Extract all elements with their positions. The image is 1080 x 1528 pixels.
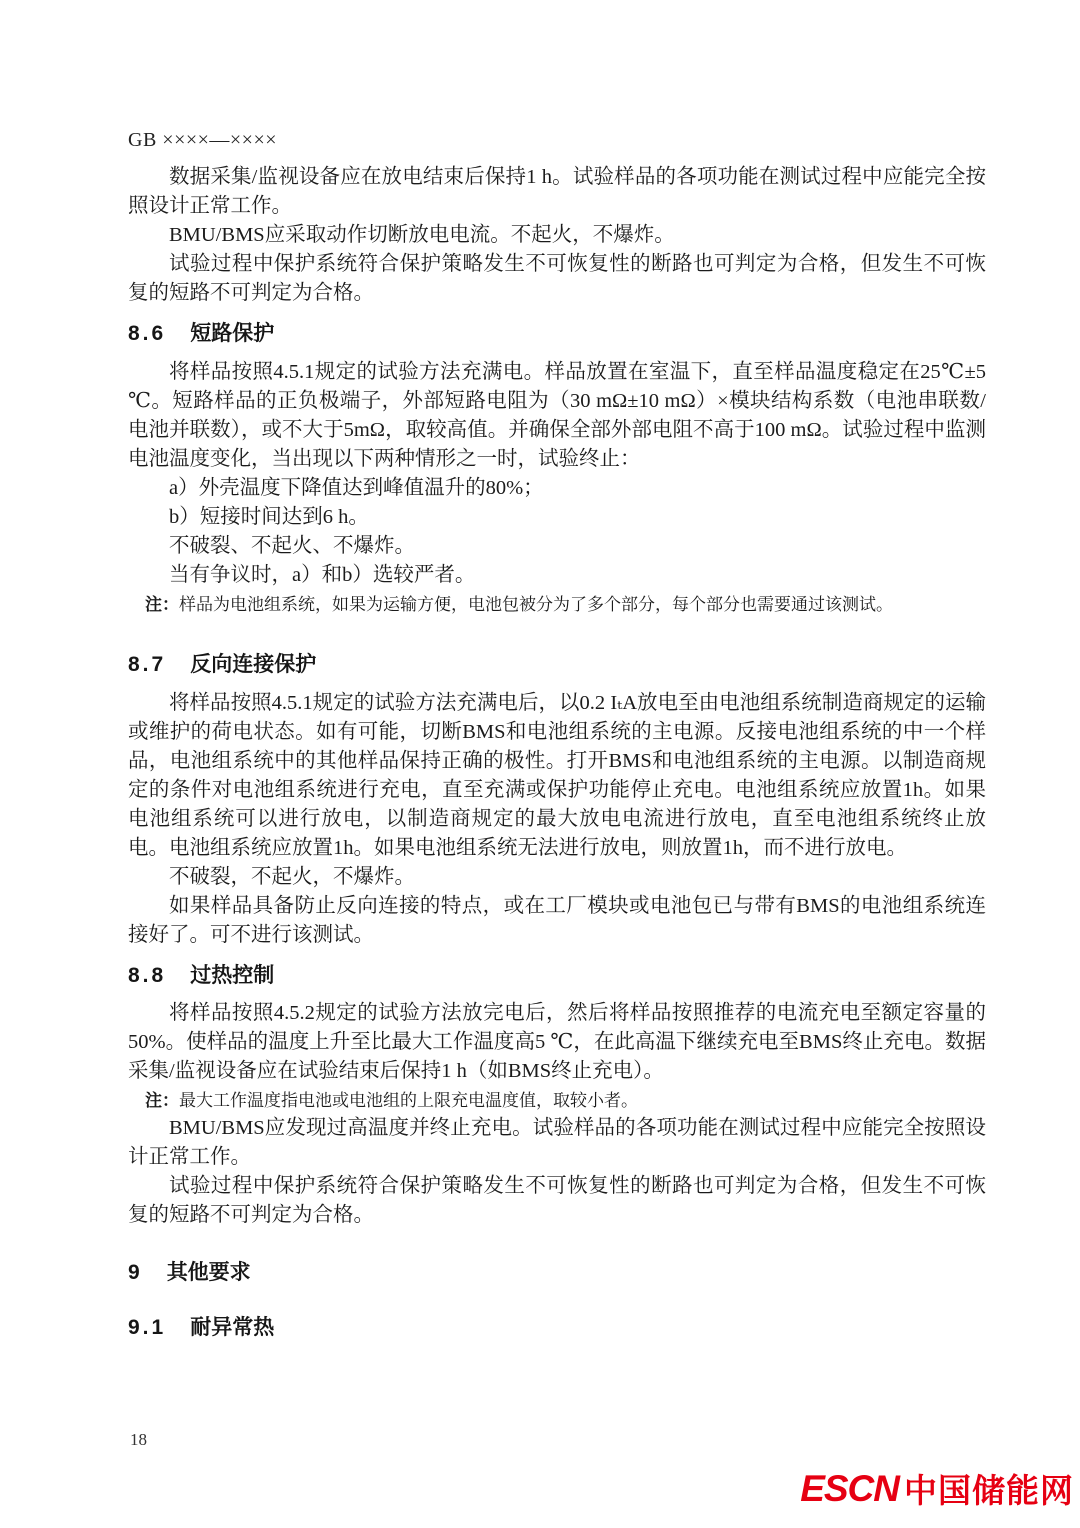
note-label: 注：: [145, 1091, 179, 1110]
escn-logo: ESCN中国储能网: [800, 1465, 1074, 1512]
section-8-8-paragraph-1: 将样品按照4.5.2规定的试验方法放完电后，然后将样品按照推荐的电流充电至额定容…: [128, 999, 986, 1086]
section-title: 反向连接保护: [190, 652, 316, 678]
section-8-6-item-a: a）外壳温度下降值达到峰值温升的80%；: [128, 474, 986, 503]
section-title: 其他要求: [167, 1260, 251, 1286]
section-number: 8.7: [128, 652, 166, 678]
intro-paragraph-2: BMU/BMS应采取动作切断放电电流。不起火，不爆炸。: [128, 221, 986, 250]
logo-text-zh: 中国储能网: [904, 1465, 1074, 1512]
section-heading-8-6: 8.6 短路保护: [128, 321, 986, 347]
section-title: 耐异常热: [190, 1315, 274, 1341]
section-8-7-paragraph-2: 不破裂，不起火，不爆炸。: [128, 863, 986, 892]
section-8-6-paragraph-3: 当有争议时，a）和b）选较严者。: [128, 561, 986, 590]
section-heading-8-8: 8.8 过热控制: [128, 963, 986, 989]
section-heading-9-1: 9.1 耐异常热: [128, 1315, 986, 1341]
note-text: 最大工作温度指电池或电池组的上限充电温度值，取较小者。: [179, 1091, 638, 1110]
page-number: 18: [130, 1430, 147, 1450]
intro-paragraph-1: 数据采集/监视设备应在放电结束后保持1 h。试验样品的各项功能在测试过程中应能完…: [128, 163, 986, 221]
section-title: 过热控制: [190, 963, 274, 989]
section-8-6-paragraph-2: 不破裂、不起火、不爆炸。: [128, 532, 986, 561]
section-number: 9: [128, 1260, 143, 1286]
section-title: 短路保护: [190, 321, 274, 347]
note-text: 样品为电池组系统，如果为运输方便，电池包被分为了多个部分，每个部分也需要通过该测…: [179, 595, 893, 614]
document-page: { "header": { "doc_number": "GB ××××—×××…: [0, 0, 1080, 1528]
section-number: 8.6: [128, 321, 166, 347]
logo-text-en: ESCN: [800, 1468, 899, 1510]
section-heading-9: 9 其他要求: [128, 1260, 986, 1286]
intro-paragraph-3: 试验过程中保护系统符合保护策略发生不可恢复性的断路也可判定为合格，但发生不可恢复…: [128, 250, 986, 308]
section-number: 8.8: [128, 963, 166, 989]
section-8-6-paragraph-1: 将样品按照4.5.1规定的试验方法充满电。样品放置在室温下，直至样品温度稳定在2…: [128, 358, 986, 474]
section-8-7-paragraph-1: 将样品按照4.5.1规定的试验方法充满电后，以0.2 IₜA放电至由电池组系统制…: [128, 689, 986, 863]
section-8-6-note: 注：样品为电池组系统，如果为运输方便，电池包被分为了多个部分，每个部分也需要通过…: [128, 592, 986, 618]
section-8-6-item-b: b）短接时间达到6 h。: [128, 503, 986, 532]
section-8-8-paragraph-2: BMU/BMS应发现过高温度并终止充电。试验样品的各项功能在测试过程中应能完全按…: [128, 1114, 986, 1172]
section-heading-8-7: 8.7 反向连接保护: [128, 652, 986, 678]
section-8-7-paragraph-3: 如果样品具备防止反向连接的特点，或在工厂模块或电池包已与带有BMS的电池组系统连…: [128, 892, 986, 950]
doc-number: GB ××××—××××: [128, 128, 986, 153]
section-8-8-note: 注：最大工作温度指电池或电池组的上限充电温度值，取较小者。: [128, 1088, 986, 1114]
note-label: 注：: [145, 595, 179, 614]
page-content: GB ××××—×××× 数据采集/监视设备应在放电结束后保持1 h。试验样品的…: [128, 128, 986, 1341]
section-number: 9.1: [128, 1315, 166, 1341]
section-8-8-paragraph-3: 试验过程中保护系统符合保护策略发生不可恢复性的断路也可判定为合格，但发生不可恢复…: [128, 1172, 986, 1230]
